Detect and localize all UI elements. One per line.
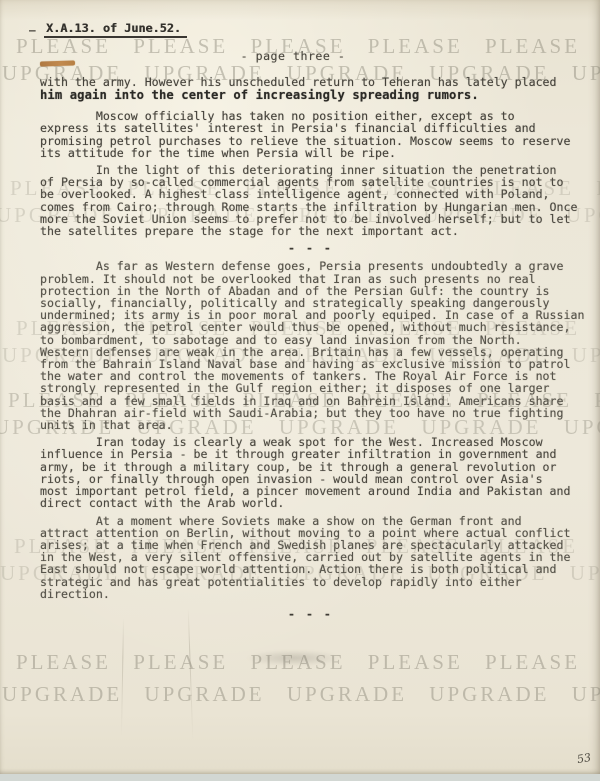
- page-number: 53: [576, 751, 592, 766]
- paragraph-western-defense: As far as Western defense goes, Persia p…: [40, 260, 588, 431]
- typed-emphasis-line: him again into the center of increasingl…: [40, 88, 588, 102]
- paragraph-penetration: In the light of this deteriorating inner…: [40, 164, 588, 237]
- paragraph-soviet-show: At a moment where Soviets make a show on…: [40, 515, 588, 600]
- orange-highlight-mark: [40, 60, 75, 66]
- typed-text-block: with the army. However his unscheduled r…: [40, 76, 588, 626]
- page-header-label: - page three -: [0, 49, 586, 63]
- watermark-row-upgrade: UPGRADE UPGRADE UPGRADE UPGRADE UPGRADE …: [2, 682, 600, 707]
- paper-crease: [121, 618, 124, 736]
- paragraph-continuation: with the army. However his unscheduled r…: [40, 76, 588, 88]
- paragraph-moscow-position: Moscow officially has taken no position …: [40, 110, 588, 159]
- margin-dash-mark: —: [29, 24, 36, 37]
- scanner-background: PLEASE PLEASE PLEASE PLEASE PLEASE PLEAS…: [0, 0, 600, 781]
- section-separator: - - -: [40, 242, 588, 254]
- document-reference: X.A.13. of June.52.: [44, 21, 187, 38]
- paper-crease: [188, 608, 194, 740]
- document-page: PLEASE PLEASE PLEASE PLEASE PLEASE PLEAS…: [0, 0, 600, 774]
- paper-stain: [0, 0, 600, 20]
- paragraph-weak-spot: Iran today is clearly a weak spot for th…: [40, 436, 588, 509]
- ink-smudge: [246, 650, 342, 666]
